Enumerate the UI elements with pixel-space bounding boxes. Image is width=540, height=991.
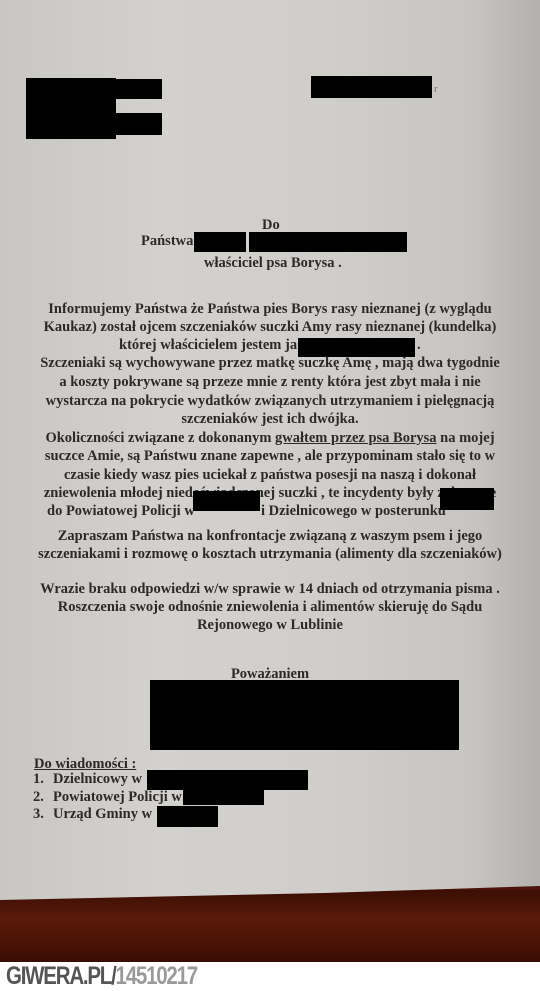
- paragraph-1-line-1: Informujemy Państwa że Państwa pies Bory…: [0, 300, 540, 319]
- paragraph-5-line-1: Wrazie braku odpowiedzi w/w sprawie w 14…: [0, 580, 540, 599]
- underlined-phrase: gwałtem przez psa Borysa: [275, 430, 436, 446]
- paragraph-3-line-1: Okoliczności związane z dokonanym gwałte…: [0, 429, 540, 448]
- paragraph-1-line-3: której właścicielem jestem ja: [119, 336, 297, 355]
- wooden-table: [0, 890, 540, 962]
- police-location-redaction: [193, 491, 260, 511]
- cc-item-2-number: 2.: [33, 789, 53, 806]
- paragraph-2-line-4: szczeniaków jest ich dwójka.: [0, 410, 540, 429]
- paragraph-3-line-1-after: na mojej: [437, 430, 495, 446]
- paragraph-3-line-5-part-2: i Dzielnicowego w posterunku: [261, 502, 446, 521]
- paragraph-3-line-3: czasie kiedy wasz pies uciekał z państwa…: [0, 466, 540, 485]
- cc-item-3-redaction: [157, 806, 218, 827]
- addressee-redaction-1: [194, 232, 246, 252]
- header-right-suffix: r: [434, 84, 437, 95]
- addressee-prefix: Państwa: [141, 232, 193, 251]
- paragraph-5-line-3: Rejonowego w Lublinie: [0, 616, 540, 635]
- addressee-suffix: właściciel psa Borysa .: [204, 254, 342, 273]
- watermark-site: GIWERA.PL/: [6, 962, 116, 990]
- cc-item-2: 2.Powiatowej Policji w: [33, 789, 182, 806]
- cc-item-3-text: Urząd Gminy w: [53, 806, 152, 822]
- photo-background: r Do Państwa właściciel psa Borysa . Inf…: [0, 0, 540, 962]
- paragraph-1-end: .: [417, 336, 421, 355]
- addressee-redaction-2: [249, 232, 407, 252]
- sender-redaction-block: [26, 78, 116, 139]
- cc-item-1-text: Dzielnicowy w: [53, 771, 142, 787]
- paragraph-5-line-2: Roszczenia swoje odnośnie zniewolenia i …: [0, 598, 540, 617]
- station-location-redaction: [440, 488, 494, 510]
- cc-item-1: 1.Dzielnicowy w: [33, 771, 142, 788]
- paragraph-4-line-1: Zapraszam Państwa na konfrontacje związa…: [0, 527, 540, 546]
- watermark: GIWERA.PL/14510217: [6, 962, 197, 991]
- signature-redaction: [150, 680, 459, 750]
- paragraph-3-line-1-before: Okoliczności związane z dokonanym: [45, 430, 275, 446]
- watermark-id: 14510217: [116, 962, 197, 990]
- paragraph-3-line-2: suczce Amie, są Państwu znane zapewne , …: [0, 447, 540, 466]
- paragraph-3-line-5-part-1: do Powiatowej Policji w: [47, 502, 195, 521]
- cc-item-3-number: 3.: [33, 806, 53, 823]
- paragraph-2-line-3: wystarcza na pokrycie wydatków związanyc…: [0, 392, 540, 411]
- cc-item-2-redaction: [183, 789, 264, 805]
- paragraph-2-line-1: Szczeniaki są wychowywane przez matkę su…: [0, 354, 540, 373]
- sender-redaction-line-1: [113, 79, 162, 99]
- cc-item-2-text: Powiatowej Policji w: [53, 789, 182, 805]
- cc-item-1-redaction: [147, 770, 308, 790]
- cc-item-3: 3.Urząd Gminy w: [33, 806, 152, 823]
- sender-redaction-line-2: [113, 113, 162, 135]
- date-place-redaction: [311, 76, 432, 98]
- paragraph-4-line-2: szczeniakami i rozmowę o kosztach utrzym…: [0, 545, 540, 564]
- paragraph-2-line-2: a koszty pokrywane są przeze mnie z rent…: [0, 373, 540, 392]
- paragraph-1-line-2: Kaukaz) został ojcem szczeniaków suczki …: [0, 318, 540, 337]
- cc-item-1-number: 1.: [33, 771, 53, 788]
